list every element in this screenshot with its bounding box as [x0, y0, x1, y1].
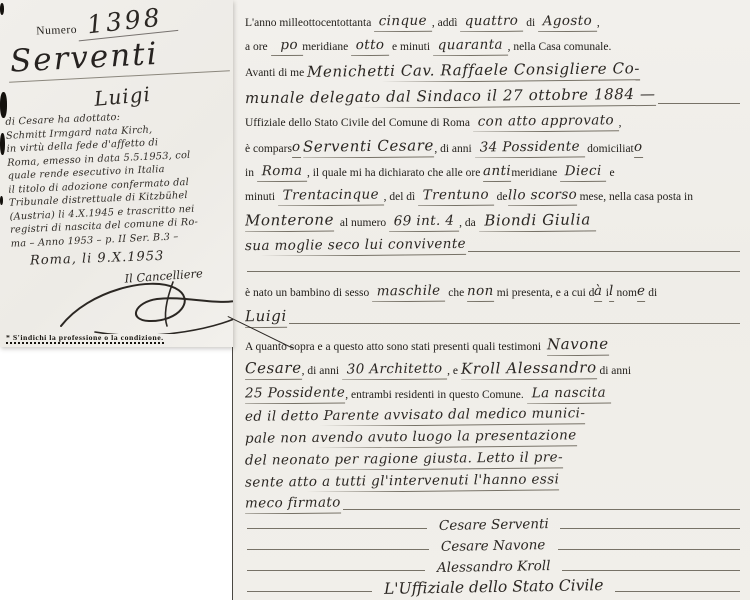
form-line: in Roma , il quale mi ha dichiarato che … — [245, 158, 742, 182]
handwritten-text: meco firmato — [245, 494, 341, 514]
ruled-line — [247, 570, 425, 571]
handwritten-text: o — [292, 139, 301, 158]
signature-text: Cesare Navone — [431, 537, 556, 557]
clerk-signature-flourish — [55, 272, 233, 334]
form-line: ed il detto Parente avvisato dal medico … — [245, 404, 742, 426]
printed-text: , nella Casa comunale. — [508, 41, 612, 56]
handwritten-text: 69 int. 4 — [389, 213, 459, 232]
handwritten-text: 30 Architetto — [342, 360, 447, 380]
handwritten-text: sente atto a tutti gl'intervenuti l'hann… — [245, 471, 559, 492]
signature-row: Alessandro Kroll — [245, 556, 742, 577]
ruled-line — [560, 528, 740, 529]
adoption-annotation: di Cesare ha adottato:Schmitt Irmgard na… — [5, 106, 232, 251]
ruled-line — [562, 570, 740, 571]
printed-text: , — [597, 17, 600, 32]
printed-text: è compars — [245, 143, 292, 158]
handwritten-text: sua moglie seco lui convivente — [245, 236, 466, 256]
form-line: Uffiziale dello Stato Civile del Comune … — [245, 108, 742, 132]
printed-text: è nato un bambino di sesso — [245, 287, 372, 302]
printed-text: , e — [447, 365, 461, 380]
handwritten-text: Luigi — [245, 307, 287, 328]
ruled-line — [289, 323, 740, 324]
printed-text: al numero — [334, 217, 389, 232]
printed-text: L'anno milleottocentottanta — [245, 17, 374, 32]
handwritten-text: l — [609, 283, 614, 302]
handwritten-text: del neonato per ragione giusta. Letto il… — [245, 449, 563, 470]
form-line: Luigi — [245, 302, 742, 328]
handwritten-text: Trentuno — [418, 187, 494, 206]
printed-text: , — [619, 117, 622, 132]
form-line: è nato un bambino di sesso maschile che … — [245, 276, 742, 302]
handwritten-text: quattro — [460, 13, 523, 32]
form-line: del neonato per ragione giusta. Letto il… — [245, 448, 742, 470]
signature-row: Cesare Navone — [245, 535, 742, 556]
form-line: è comparso Serventi Cesare, di anni 34 P… — [245, 132, 742, 158]
handwritten-text: 25 Possidente — [245, 384, 345, 404]
printed-text: , entrambi residenti in questo Comune. — [345, 389, 526, 404]
printed-text: Avanti di me — [245, 67, 307, 82]
handwritten-text: 34 Possidente — [474, 138, 584, 158]
printed-text: , da — [459, 217, 478, 232]
form-line: minuti Trentacinque , del dì Trentuno de… — [245, 182, 742, 206]
form-line: a ore po meridiane otto e minuti quarant… — [245, 32, 742, 56]
printed-text: meridiane — [511, 167, 560, 182]
signature-row: Cesare Serventi — [245, 514, 742, 535]
footnote: * S'indichi la professione o la condizio… — [6, 333, 164, 342]
handwritten-text: Roma — [257, 163, 307, 182]
margin-column: Numero 1398 Serventi Luigi di Cesare ha … — [0, 0, 233, 347]
printed-text: de — [494, 191, 508, 206]
handwritten-text: Kroll Alessandro — [461, 358, 597, 380]
handwritten-text: Monterone — [245, 211, 334, 232]
printed-text: meridiane — [302, 41, 351, 56]
ruled-line — [343, 509, 740, 510]
numero-label: Numero — [36, 24, 77, 39]
printed-text: in — [245, 167, 257, 182]
printed-text: minuti — [245, 191, 278, 206]
printed-text: mese, nella casa posta in — [577, 191, 693, 206]
signature-text: Cesare Serventi — [428, 516, 558, 536]
main-form-page: L'anno milleottocentottanta cinque , add… — [232, 0, 750, 600]
handwritten-text: quaranta — [433, 37, 508, 56]
handwritten-text: Trentacinque — [278, 186, 384, 206]
handwritten-text: munale delegato dal Sindaco il 27 ottobr… — [245, 85, 656, 108]
ruled-line — [615, 591, 740, 592]
printed-text: e — [607, 167, 615, 182]
signature-text: L'Uffiziale dello Stato Civile — [374, 576, 614, 600]
handwritten-text: otto — [351, 37, 389, 56]
scan-artifact — [0, 3, 4, 15]
printed-text: domiciliat — [584, 143, 634, 158]
scanned-birth-record: L'anno milleottocentottanta cinque , add… — [0, 0, 750, 600]
handwritten-text: llo scorso — [507, 187, 576, 206]
signature-text: Alessandro Kroll — [427, 558, 561, 578]
form-line: L'anno milleottocentottanta cinque , add… — [245, 8, 742, 32]
ruled-line — [558, 549, 740, 550]
form-line: 25 Possidente, entrambi residenti in que… — [245, 380, 742, 404]
handwritten-text: à — [594, 283, 603, 302]
form-line: meco firmato — [245, 492, 742, 514]
handwritten-text: maschile — [372, 283, 445, 302]
printed-text: di — [645, 287, 657, 302]
printed-text: , addì — [432, 17, 460, 32]
printed-text: , di anni — [434, 143, 474, 158]
form-line: Cesare, di anni 30 Architetto , e Kroll … — [245, 356, 742, 380]
handwritten-text: pale non avendo avuto luogo la presentaz… — [245, 427, 577, 448]
form-line: Avanti di me Menichetti Cav. Raffaele Co… — [245, 56, 742, 82]
handwritten-text: po — [270, 37, 302, 56]
signature-row: L'Uffiziale dello Stato Civile — [245, 577, 742, 598]
printed-text: , il quale mi ha dichiarato che alle ore — [307, 167, 483, 182]
ruled-line — [658, 103, 740, 104]
printed-text: di — [523, 17, 538, 32]
handwritten-text: Cesare — [245, 359, 302, 380]
handwritten-text: La nascita — [527, 385, 611, 404]
handwritten-text: o — [634, 139, 643, 158]
form-line: sente atto a tutti gl'intervenuti l'hann… — [245, 470, 742, 492]
printed-text: che — [445, 287, 467, 302]
handwritten-text: Agosto — [538, 13, 597, 32]
scan-artifact — [0, 196, 3, 205]
handwritten-text: Navone — [547, 335, 609, 356]
form-line: Monterone al numero 69 int. 4 , da Biond… — [245, 206, 742, 232]
printed-text: a ore — [245, 41, 271, 56]
printed-text: mi presenta, e a cui d — [494, 287, 595, 302]
ruled-line — [247, 271, 740, 272]
scan-artifact — [0, 92, 7, 118]
ruled-line — [468, 251, 740, 252]
handwritten-text: Biondi Giulia — [478, 210, 595, 232]
handwritten-text: e — [637, 283, 646, 302]
printed-text: di anni — [597, 365, 632, 380]
document-body: L'anno milleottocentottanta cinque , add… — [245, 8, 742, 514]
form-line: A quanto sopra e a questo atto sono stat… — [245, 328, 742, 356]
form-line: munale delegato dal Sindaco il 27 ottobr… — [245, 82, 742, 108]
form-line: sua moglie seco lui convivente — [245, 232, 742, 256]
registrant-surname: Serventi — [7, 32, 230, 83]
printed-text: Uffiziale dello Stato Civile del Comune … — [245, 117, 473, 132]
registrant-given-name: Luigi — [93, 75, 230, 111]
handwritten-text: Dieci — [560, 163, 607, 182]
handwritten-text: Serventi Cesare — [303, 136, 434, 158]
handwritten-text: ed il detto Parente avvisato dal medico … — [245, 405, 585, 426]
printed-text: nom — [614, 287, 637, 302]
ruled-line — [247, 549, 429, 550]
annotation-date: Roma, li 9.X.1953 — [30, 247, 229, 269]
printed-text: , del dì — [384, 191, 419, 206]
ruled-line — [247, 528, 427, 529]
handwritten-text: cinque — [374, 13, 432, 32]
handwritten-text: con atto approvato — [473, 112, 619, 132]
signature-block: Cesare ServentiCesare NavoneAlessandro K… — [245, 514, 742, 598]
printed-text: e minuti — [389, 41, 433, 56]
handwritten-text: Menichetti Cav. Raffaele Consigliere Co- — [307, 59, 640, 82]
handwritten-text: anti — [483, 163, 511, 182]
handwritten-text: non — [467, 283, 494, 302]
form-line — [245, 256, 742, 276]
ruled-line — [247, 591, 372, 592]
scan-artifact — [0, 133, 5, 155]
printed-text: A quanto sopra e a questo atto sono stat… — [245, 341, 547, 356]
form-line: pale non avendo avuto luogo la presentaz… — [245, 426, 742, 448]
printed-text: , di anni — [302, 365, 342, 380]
